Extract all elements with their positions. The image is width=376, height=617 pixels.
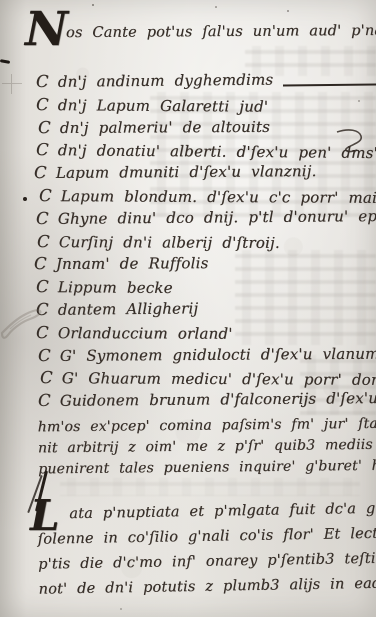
paragraph-mark: C — [36, 72, 49, 91]
paragraph-mark: C — [38, 391, 51, 410]
name-list: Cdn'j andinum dyghemdims Cdn'j Lapum Gal… — [36, 72, 376, 414]
list-item-text: G' Ghuarum medicu' d'ſex'u porr' dord' — [62, 369, 376, 389]
edge-ink-dash — [0, 59, 10, 64]
paragraph-mark: C — [36, 95, 49, 114]
list-item-text: dn'j donatiu' alberti. d'ſex'u pen' dms' — [58, 142, 376, 163]
list-item: CJnnam' de Ruffolis — [34, 252, 376, 277]
list-item-text: dn'j palmeriu' de altouits — [60, 117, 270, 136]
list-item-text: G' Symonem gnidulocti d'ſex'u vlanum — [60, 344, 376, 364]
promulgation-paragraph: ata p'nuptiata et p'mlgata fuit dc'a g'd… — [37, 499, 376, 606]
paragraph-mark: C — [36, 209, 49, 228]
list-item: CG' Symonem gnidulocti d'ſex'u vlanum — [38, 342, 376, 368]
list-item: CGuidonem brunum d'falconerijs d'ſex'u c… — [38, 387, 376, 414]
list-item: Cdantem Alligherij — [36, 295, 376, 323]
paragraph-mark: C — [36, 140, 49, 159]
paragraph-line: puenirent tales pueniens inquire' g'bure… — [38, 457, 376, 483]
margin-cross-mark — [2, 74, 22, 94]
closing-clause-paragraph: hm'os ex'pcep' comina paſsim's fm' jur' … — [38, 415, 376, 483]
ink-speck — [287, 10, 289, 12]
list-item-text: dantem Alligherij — [58, 299, 199, 318]
paragraph-mark: C — [34, 163, 47, 182]
paragraph-mark: C — [39, 186, 52, 205]
ink-speck — [92, 4, 94, 6]
list-item-text: Lippum becke — [58, 278, 173, 297]
paragraph-mark: C — [34, 254, 47, 273]
list-item-text: Jnnam' de Ruffolis — [56, 254, 209, 273]
paragraph-mark: C — [38, 118, 51, 137]
list-item-text: Lapum blondum. d'ſex'u c'c porr' maioz. — [61, 187, 376, 207]
list-item-text: Curſinj dn'i alberij d'ſtroij. — [59, 233, 280, 252]
list-item-text: dn'j andinum dyghemdims — [58, 71, 274, 91]
list-item: Cdn'j andinum dyghemdims — [36, 67, 376, 95]
margin-smudge-mark — [0, 293, 44, 349]
descender-flourish — [333, 128, 367, 158]
list-item: CGhyne dinu' dco dnij. p'tl d'onuru' ep'… — [36, 205, 376, 232]
list-item-text: Orlanduccium orland' — [58, 324, 233, 343]
list-item-text: Ghyne dinu' dco dnij. p'tl d'onuru' ep'i… — [58, 207, 376, 228]
list-item: CLapum dmuniti d'ſex'u vlanznij. — [34, 160, 376, 186]
ink-speck — [215, 6, 217, 8]
ink-speck — [120, 608, 122, 610]
paragraph-mark: C — [37, 232, 50, 251]
paragraph-mark: C — [40, 368, 53, 387]
list-item: Cdn'j palmeriu' de altouits — [38, 115, 376, 140]
list-item-text: Guidonem brunum d'falconerijs d'ſex'u cc… — [60, 388, 376, 410]
list-item-text: dn'j Lapum Galaretti jud' — [58, 96, 268, 115]
list-item-text: Lapum dmuniti d'ſex'u vlanznij. — [56, 162, 317, 182]
ink-speck — [358, 100, 360, 102]
heading-line: os Cante pot'us ſal'us un'um aud' p'nato… — [66, 23, 376, 41]
manuscript-page: N os Cante pot'us ſal'us un'um aud' p'na… — [0, 0, 376, 617]
decorated-initial-N: N — [25, 6, 68, 53]
margin-dot-mark — [23, 197, 27, 201]
